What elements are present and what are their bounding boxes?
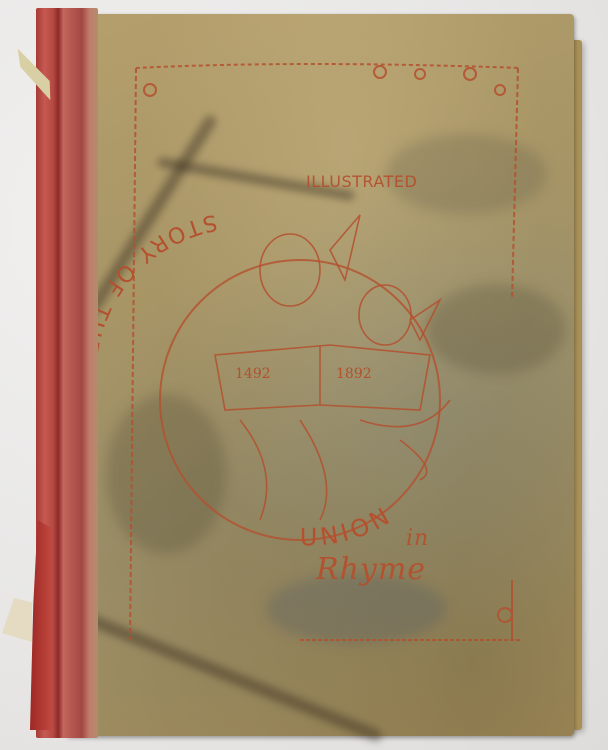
medallion-circle (160, 260, 440, 540)
book-year-left: 1492 (235, 366, 271, 382)
title-illustrated: ILLUSTRATED (306, 172, 417, 191)
book-year-right: 1892 (336, 366, 372, 382)
title-rhyme: Rhyme (316, 552, 426, 587)
title-in: in (406, 526, 429, 551)
arc-title-union: UNION (300, 501, 398, 552)
